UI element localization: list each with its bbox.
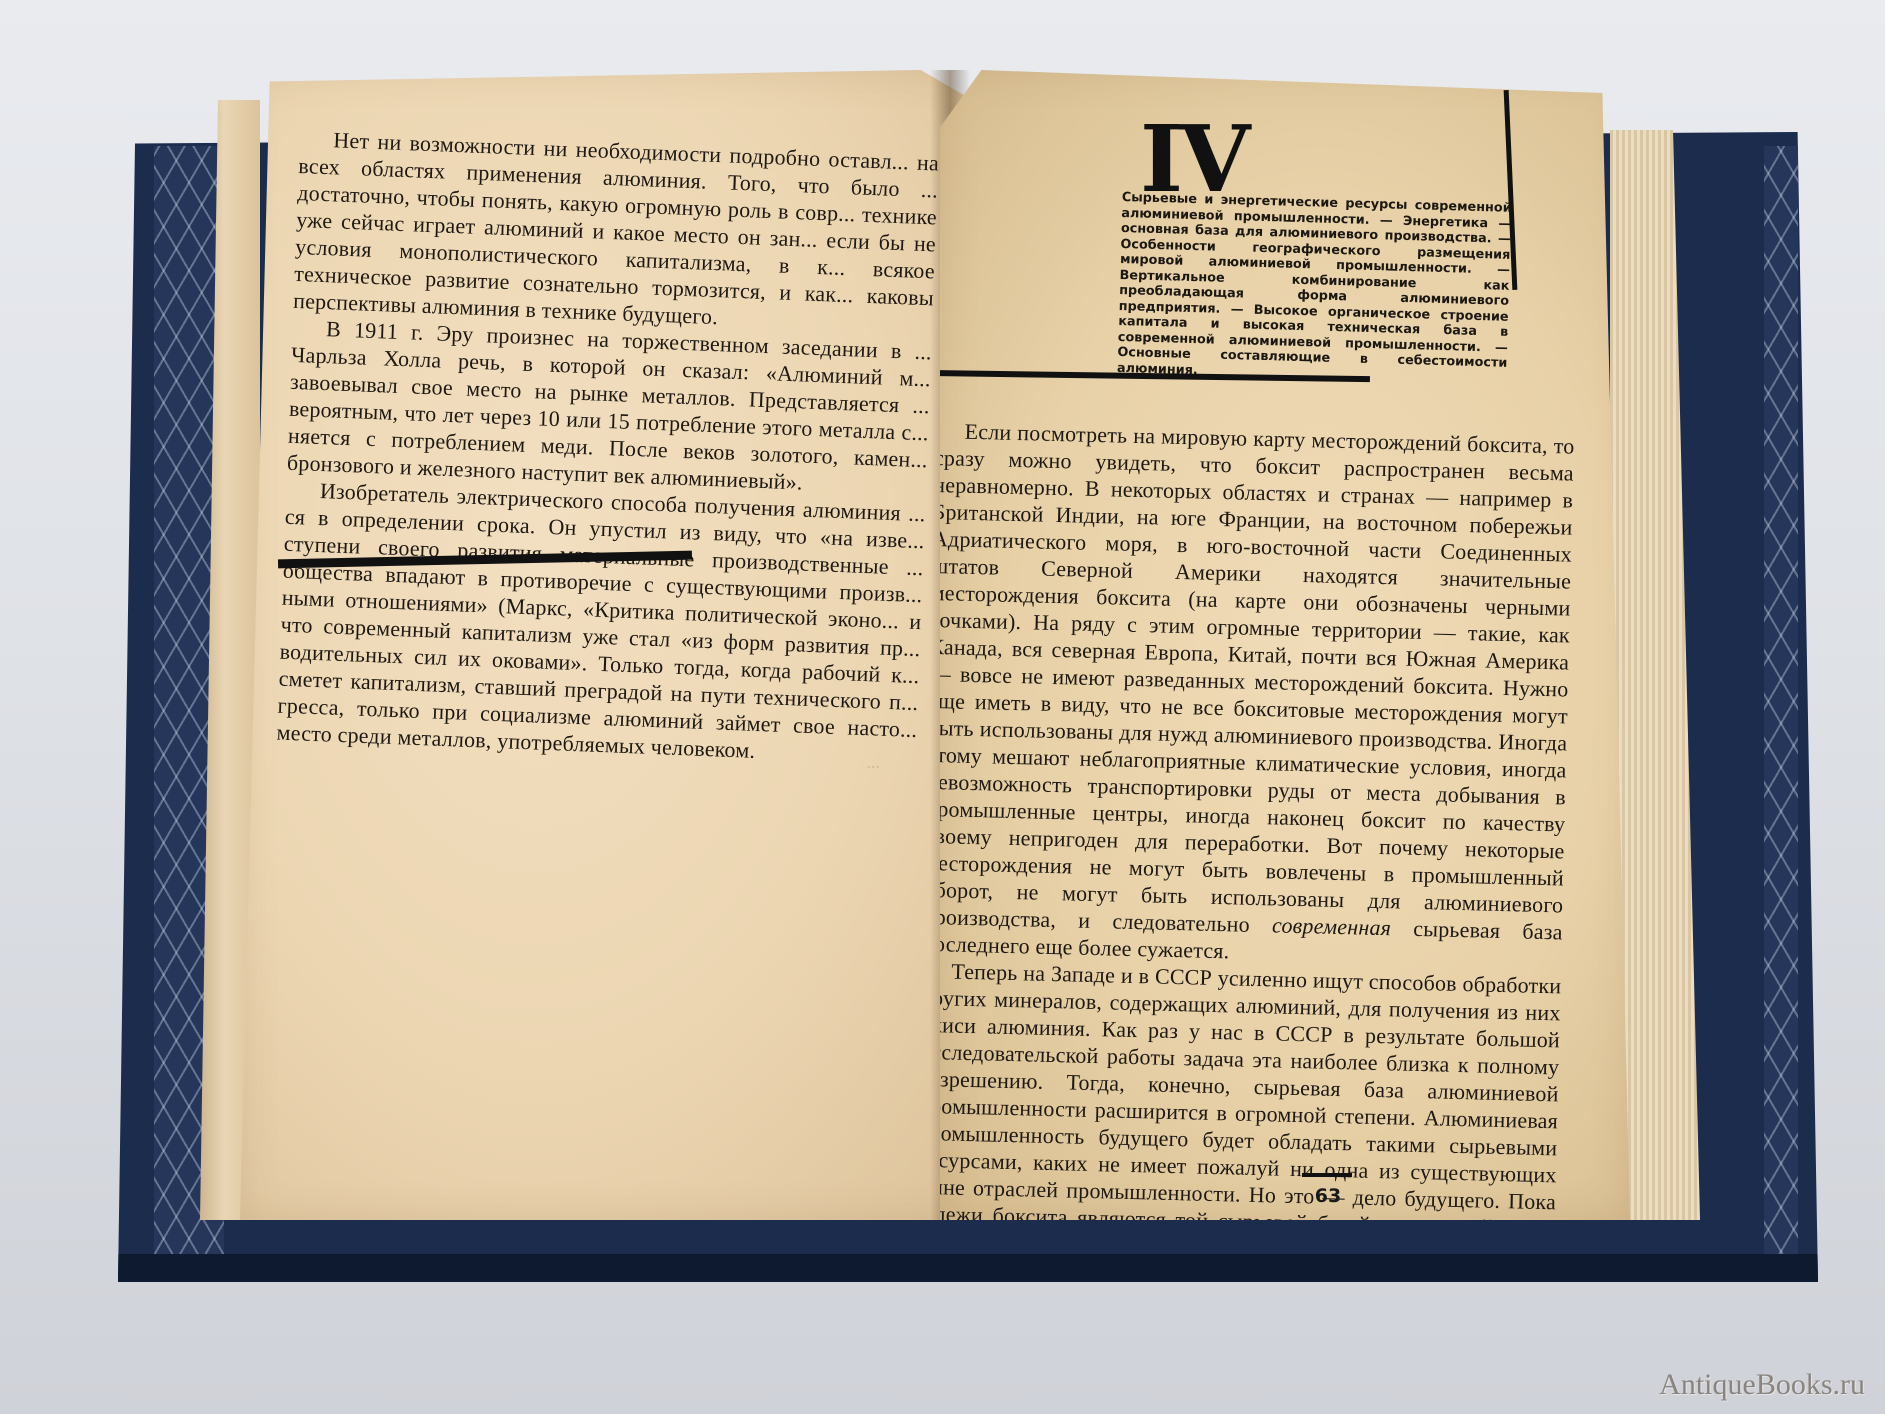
right-page: IV Сырьевые и энергетические ресурсы сов… [940,70,1630,1220]
page-number-rule [1302,1173,1352,1177]
paragraph: Если посмотреть на мировую карту месторо… [940,417,1575,972]
cover-ornament-right [1764,146,1798,1268]
italic-emphasis: современная [1272,912,1392,940]
paragraph: Нет ни возможности ни необходимости подр… [293,125,940,338]
cover-bottom-edge [118,1254,1818,1282]
chapter-summary: Сырьевые и энергетические ресурсы соврем… [1117,190,1512,387]
right-page-body: Если посмотреть на мировую карту месторо… [940,417,1575,1220]
paragraph: Теперь на Западе и в СССР усиленно ищут … [940,957,1562,1220]
paragraph-text: Теперь на Западе и в СССР усиленно ищут … [940,959,1562,1220]
paragraph: В 1911 г. Эру произнес на торжественном … [287,314,933,500]
left-page: ... Нет ни возможности ни необходимости … [240,70,980,1220]
left-page-body: Нет ни возможности ни необходимости подр… [276,125,939,770]
page-number: 63 [1300,1185,1356,1207]
watermark: AntiqueBooks.ru [1659,1368,1865,1402]
paragraph-text: Если посмотреть на мировую карту месторо… [940,419,1575,938]
paragraph: Изобретатель электрического способа полу… [276,476,926,770]
photo-scene: ... Нет ни возможности ни необходимости … [0,0,1885,1414]
